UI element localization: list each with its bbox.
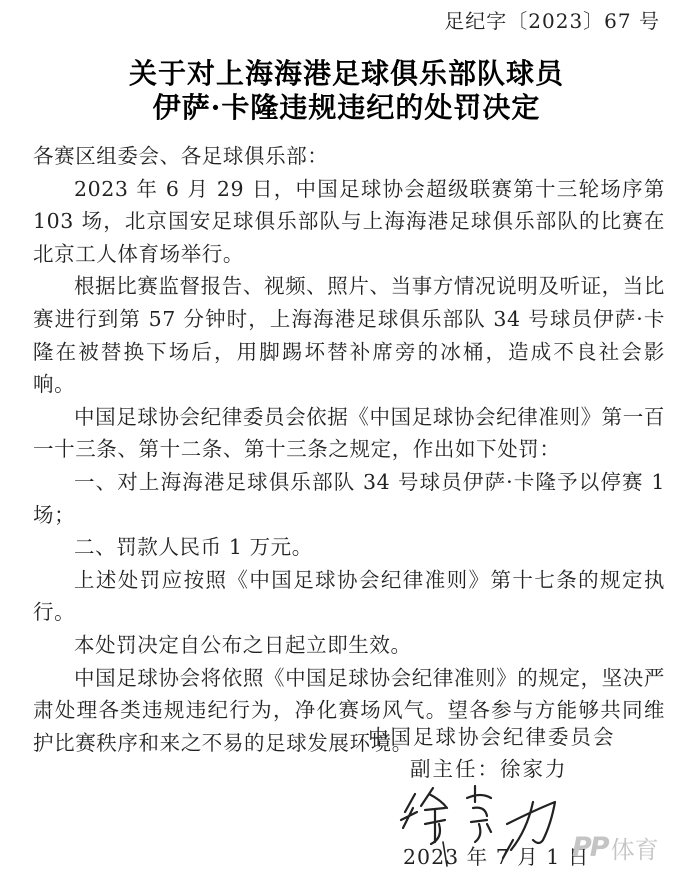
paragraph-match-info: 2023 年 6 月 29 日，中国足球协会超级联赛第十三轮场序第 103 场，… — [33, 173, 665, 271]
signature-date: 2023 年 7 月 1 日 — [403, 840, 589, 870]
penalty-item-suspension: 一、对上海海港足球俱乐部队 34 号球员伊萨·卡隆予以停赛 1 场； — [33, 466, 665, 531]
document-number: 足纪字〔2023〕67 号 — [444, 5, 660, 34]
penalty-item-fine: 二、罚款人民币 1 万元。 — [33, 531, 665, 564]
document-body: 各赛区组委会、各足球俱乐部： 2023 年 6 月 29 日，中国足球协会超级联… — [33, 140, 665, 759]
pp-sports-watermark: PP 体育 — [572, 832, 659, 862]
paragraph-incident: 根据比赛监督报告、视频、照片、当事方情况说明及听证，当比赛进行到第 57 分钟时… — [33, 270, 665, 400]
salutation: 各赛区组委会、各足球俱乐部： — [33, 140, 665, 173]
paragraph-effective: 本处罚决定自公布之日起立即生效。 — [33, 629, 665, 662]
paragraph-execution: 上述处罚应按照《中国足球协会纪律准则》第十七条的规定执行。 — [33, 564, 665, 629]
issuing-organization: 中国足球协会纪律委员会 — [368, 720, 616, 750]
signer-title: 副主任：徐家力 — [410, 752, 568, 782]
watermark-label: 体育 — [611, 830, 659, 865]
paragraph-basis: 中国足球协会纪律委员会依据《中国足球协会纪律准则》第一百一十三条、第十二条、第十… — [33, 401, 665, 466]
pp-logo-icon: PP — [572, 832, 608, 863]
document-title-line-2: 伊萨·卡隆违规违纪的处罚决定 — [0, 86, 693, 126]
